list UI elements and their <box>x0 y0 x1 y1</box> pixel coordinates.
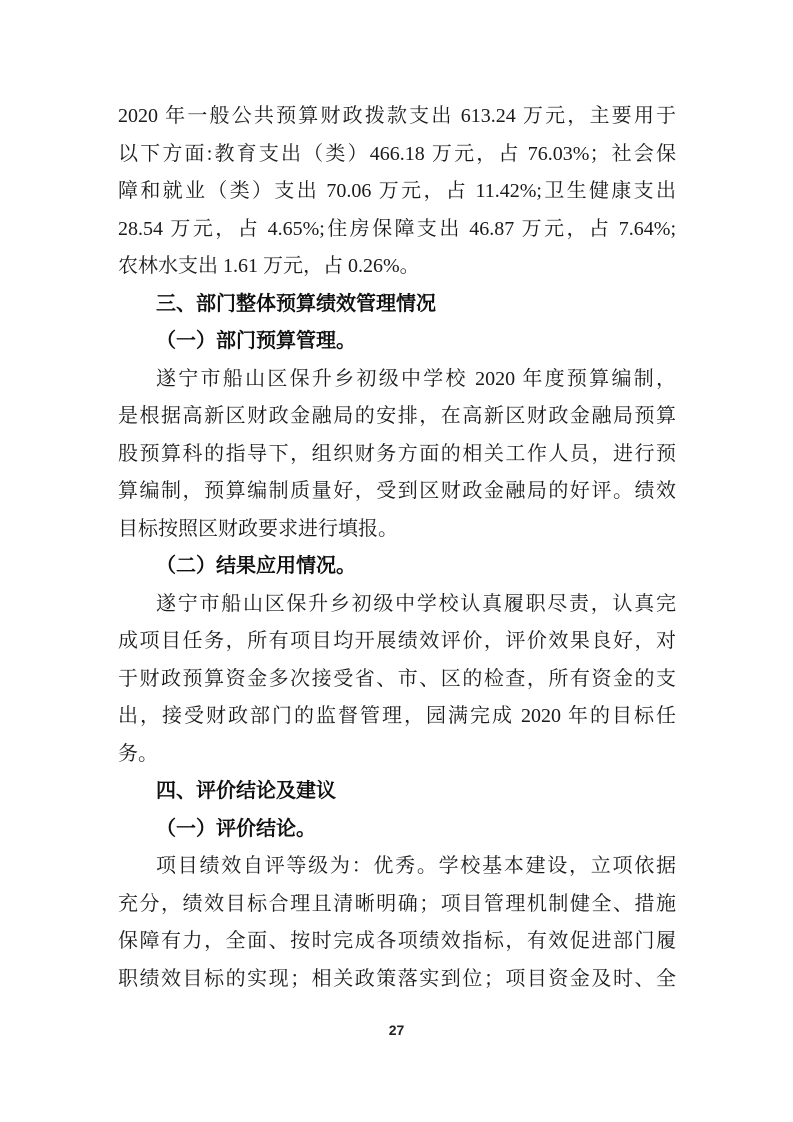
paragraph-line: 目标按照区财政要求进行填报。 <box>118 511 676 549</box>
paragraph-line: 遂宁市船山区保升乡初级中学校 2020 年度预算编制， <box>118 361 676 399</box>
paragraph-line: 障和就业（类）支出 70.06 万元，占 11.42%;卫生健康支出 <box>118 173 676 211</box>
section-heading: 四、评价结论及建议 <box>118 773 676 811</box>
paragraph-line: 以下方面:教育支出（类）466.18 万元，占 76.03%；社会保 <box>118 136 676 174</box>
paragraph-line: 遂宁市船山区保升乡初级中学校认真履职尽责，认真完 <box>118 586 676 624</box>
subsection-heading: （二）结果应用情况。 <box>118 548 676 586</box>
subsection-heading: （一）评价结论。 <box>118 811 676 849</box>
paragraph-line: 出，接受财政部门的监督管理，园满完成 2020 年的目标任 <box>118 698 676 736</box>
subsection-heading: （一）部门预算管理。 <box>118 323 676 361</box>
paragraph-line: 职绩效目标的实现；相关政策落实到位；项目资金及时、全 <box>118 961 676 999</box>
page-number: 27 <box>0 1022 793 1038</box>
paragraph-line: 成项目任务，所有项目均开展绩效评价，评价效果良好，对 <box>118 623 676 661</box>
paragraph-line: 农林水支出 1.61 万元，占 0.26%。 <box>118 248 676 286</box>
paragraph-line: 项目绩效自评等级为：优秀。学校基本建设，立项依据 <box>118 848 676 886</box>
paragraph-line: 于财政预算资金多次接受省、市、区的检查，所有资金的支 <box>118 661 676 699</box>
section-heading: 三、部门整体预算绩效管理情况 <box>118 286 676 324</box>
paragraph-line: 股预算科的指导下，组织财务方面的相关工作人员，进行预 <box>118 436 676 474</box>
paragraph-line: 2020 年一般公共预算财政拨款支出 613.24 万元，主要用于 <box>118 98 676 136</box>
paragraph-line: 充分，绩效目标合理且清晰明确；项目管理机制健全、措施 <box>118 886 676 924</box>
page-content: 2020 年一般公共预算财政拨款支出 613.24 万元，主要用于以下方面:教育… <box>118 98 676 998</box>
paragraph-line: 务。 <box>118 736 676 774</box>
paragraph-line: 28.54 万元，占 4.65%;住房保障支出 46.87 万元，占 7.64%… <box>118 211 676 249</box>
paragraph-line: 保障有力，全面、按时完成各项绩效指标，有效促进部门履 <box>118 923 676 961</box>
document-page: 2020 年一般公共预算财政拨款支出 613.24 万元，主要用于以下方面:教育… <box>0 0 793 1122</box>
paragraph-line: 算编制，预算编制质量好，受到区财政金融局的好评。绩效 <box>118 473 676 511</box>
paragraph-line: 是根据高新区财政金融局的安排，在高新区财政金融局预算 <box>118 398 676 436</box>
